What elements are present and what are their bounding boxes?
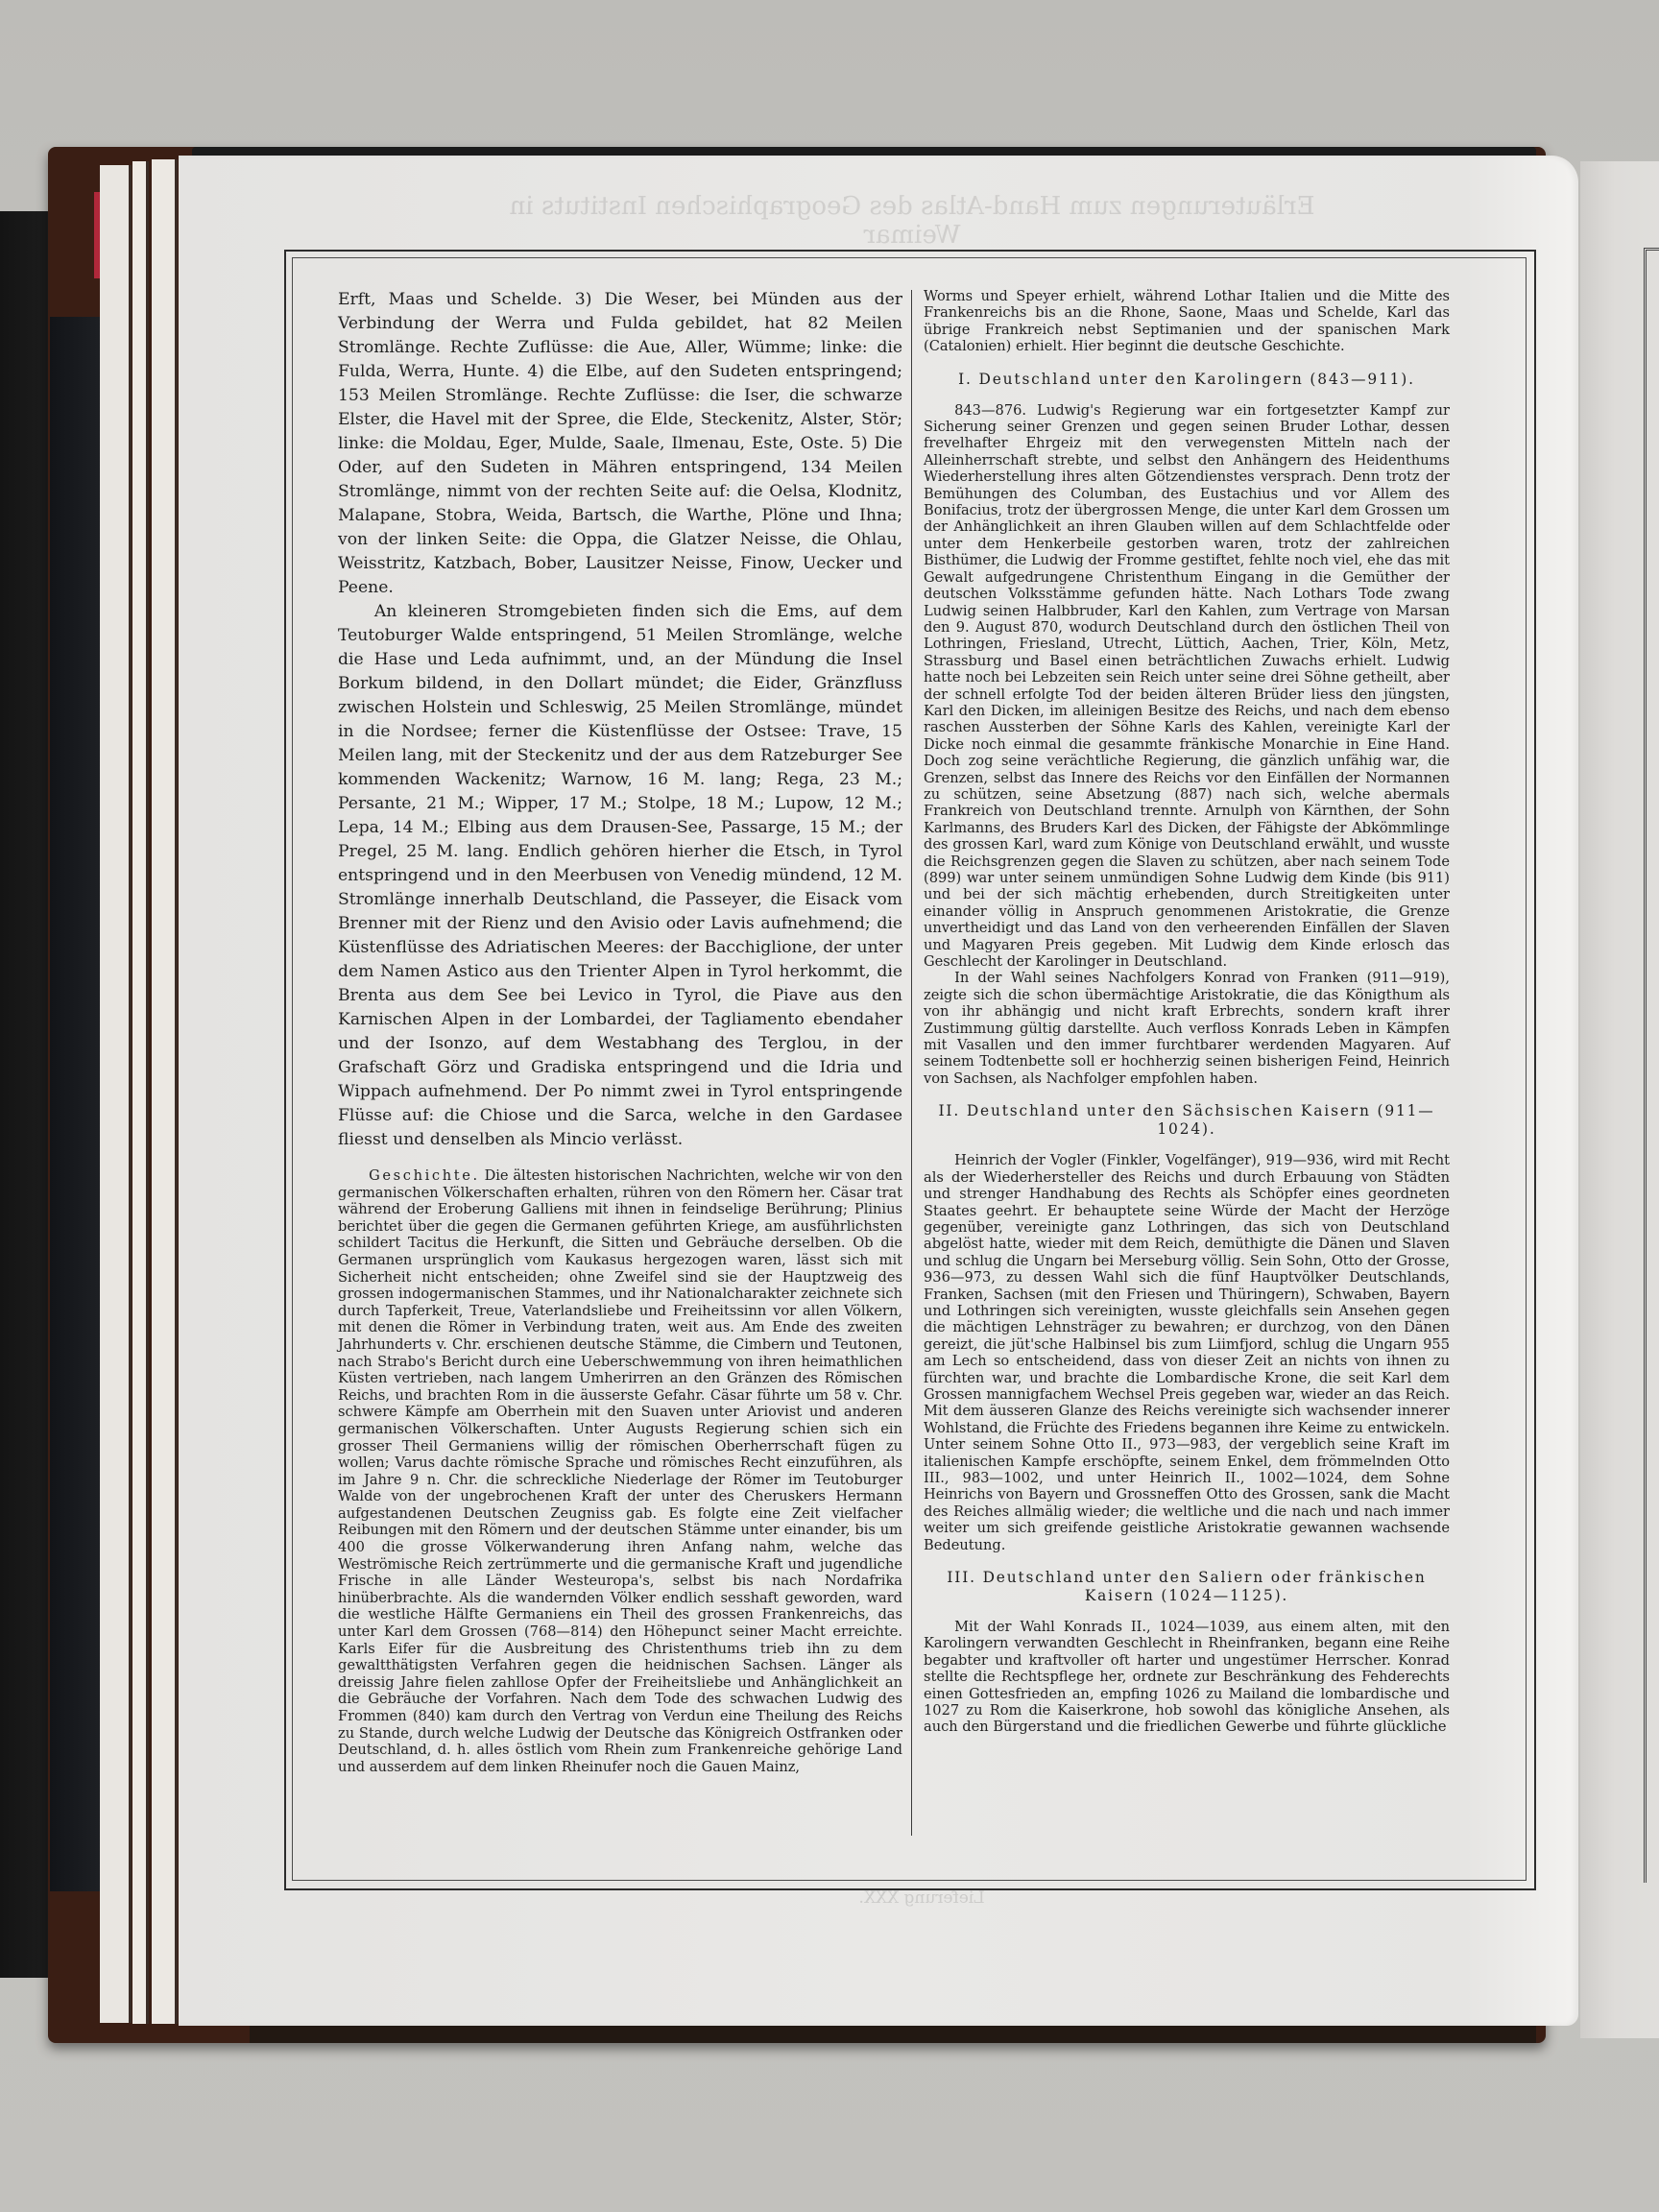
section-heading-saechsische-kaiser: II. Deutschland unter den Sächsischen Ka… — [924, 1102, 1450, 1139]
geschichte-label: Geschichte. — [369, 1167, 480, 1184]
facing-page-frame — [1644, 248, 1659, 1883]
rivers-paragraph-2: An kleineren Stromgebieten finden sich d… — [338, 600, 902, 1152]
page-edge-stack — [132, 161, 149, 2024]
rivers-paragraph-1: Erft, Maas und Schelde. 3) Die Weser, be… — [338, 288, 902, 600]
section-3-paragraph: Mit der Wahl Konrads II., 1024—1039, aus… — [924, 1619, 1450, 1736]
section-1-paragraph-2: In der Wahl seines Nachfolgers Konrad vo… — [924, 970, 1450, 1087]
bleed-through-footer: Lieferung XXX. — [845, 1888, 998, 1908]
intro-paragraph: Worms und Speyer erhielt, während Lothar… — [924, 288, 1450, 355]
right-column: Worms und Speyer erhielt, während Lothar… — [924, 288, 1450, 1736]
section-heading-salier: III. Deutschland unter den Saliern oder … — [924, 1569, 1450, 1605]
bleed-through-header: Erläuterungen zum Hand-Atlas des Geograp… — [480, 192, 1344, 250]
column-divider — [911, 290, 912, 1836]
section-1-paragraph-1: 843—876. Ludwig's Regierung war ein fort… — [924, 402, 1450, 971]
page-edge-stack — [152, 159, 178, 2024]
left-column: Erft, Maas und Schelde. 3) Die Weser, be… — [338, 288, 902, 1775]
section-heading-salier-line-1: III. Deutschland unter den Saliern oder … — [924, 1569, 1450, 1587]
section-heading-karolinger: I. Deutschland unter den Karolingern (84… — [924, 371, 1450, 389]
geschichte-text: Die ältesten historischen Nachrichten, w… — [338, 1167, 902, 1775]
section-2-paragraph: Heinrich der Vogler (Finkler, Vogelfänge… — [924, 1152, 1450, 1553]
geschichte-paragraph: Geschichte. Die ältesten historischen Na… — [338, 1167, 902, 1775]
section-heading-salier-line-2: Kaisern (1024—1125). — [924, 1587, 1450, 1605]
page-edge-stack — [100, 165, 132, 2023]
book-spine-cloth — [50, 317, 102, 1891]
